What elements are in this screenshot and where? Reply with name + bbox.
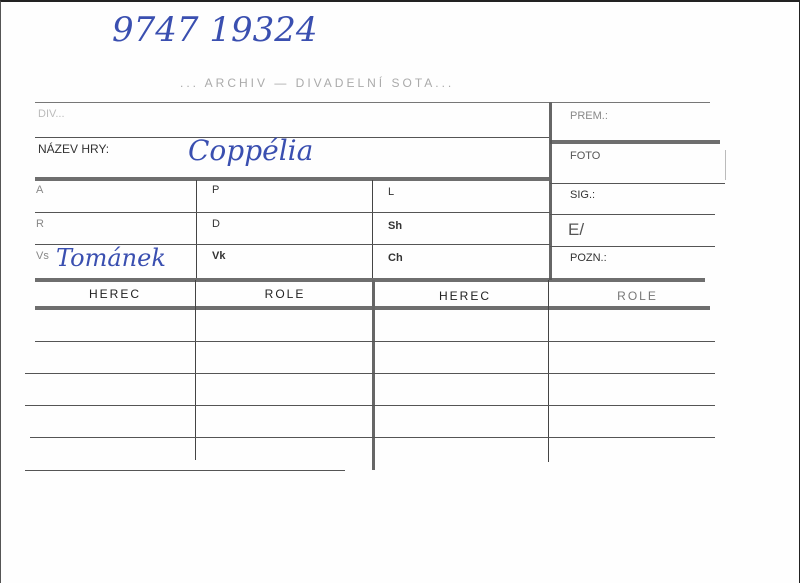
column-header-role-2: ROLE [555, 289, 720, 303]
label-e: E/ [568, 220, 584, 240]
label-p: P [212, 184, 219, 196]
table-row-line [30, 437, 715, 438]
divider [550, 246, 715, 247]
table-row-line [25, 405, 715, 406]
divider-vertical [725, 150, 726, 180]
label-sig: SIG.: [570, 189, 595, 201]
form-header: ... ARCHIV — DIVADELNÍ SOTA... [180, 76, 454, 90]
divider [550, 214, 715, 215]
divider-vertical [196, 180, 197, 278]
table-row-line [35, 341, 715, 342]
divider-vertical [372, 180, 373, 278]
label-ch: Ch [388, 252, 403, 264]
table-row-line [25, 470, 345, 471]
handwritten-title: Coppélia [188, 134, 313, 167]
label-prem: PREM.: [570, 110, 608, 122]
label-vk: Vk [212, 250, 225, 262]
divider-vertical [549, 102, 552, 280]
label-r: R [36, 218, 44, 230]
column-header-role-1: ROLE [200, 287, 370, 301]
label-sh: Sh [388, 220, 402, 232]
divider-thick [35, 278, 705, 282]
handwritten-vs-name: Tománek [56, 244, 166, 272]
label-l: L [388, 186, 394, 198]
label-nazev-hry: NÁZEV HRY: [38, 142, 109, 156]
label-pozn: POZN.: [570, 252, 607, 264]
table-row-line [25, 373, 715, 374]
divider-vertical [195, 280, 196, 460]
label-d: D [212, 218, 220, 230]
label-vs: Vs [36, 250, 49, 262]
label-foto: FOTO [570, 150, 600, 162]
divider [35, 212, 550, 213]
column-header-herec-2: HEREC [380, 289, 550, 303]
label-a: A [36, 184, 43, 196]
divider-vertical [548, 280, 549, 462]
divider [35, 102, 710, 103]
divider-thick [35, 177, 550, 181]
divider-vertical [372, 280, 375, 470]
column-header-herec-1: HEREC [40, 287, 190, 301]
handwritten-catalog-numbers: 9747 19324 [112, 10, 318, 50]
divider [550, 183, 725, 184]
divider-thick [550, 140, 720, 144]
label-divadlo: DIV... [38, 108, 65, 120]
